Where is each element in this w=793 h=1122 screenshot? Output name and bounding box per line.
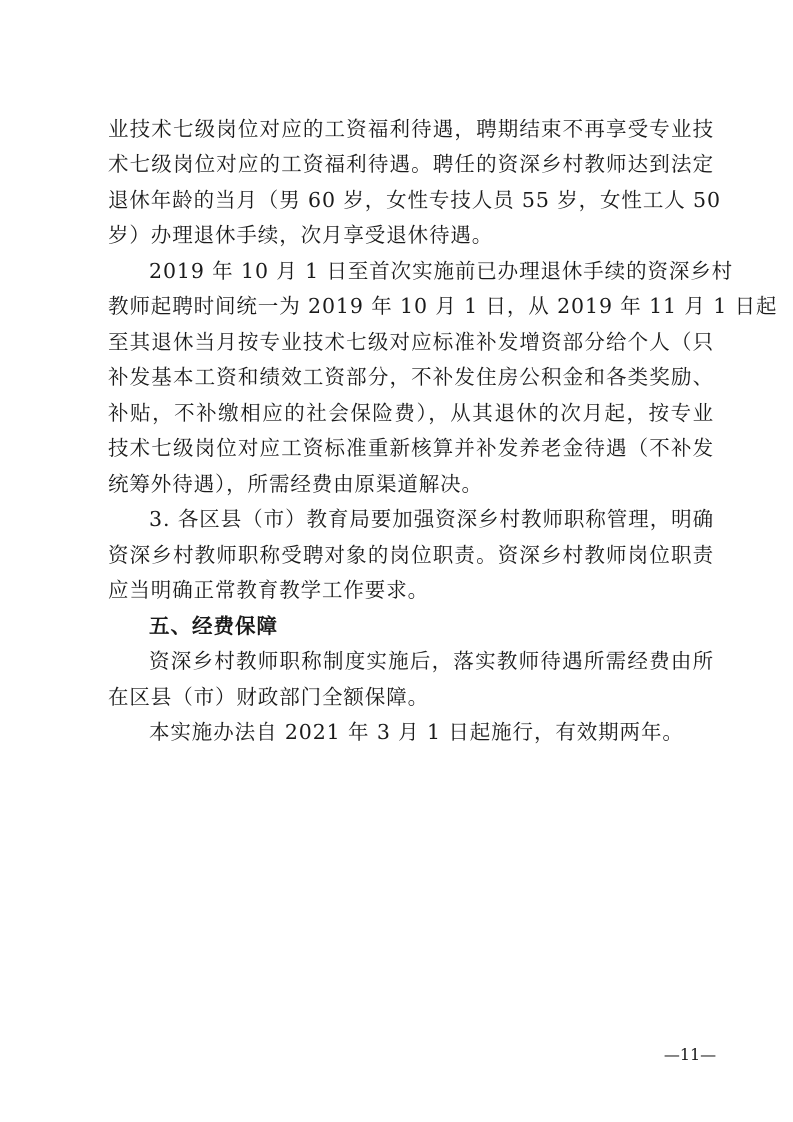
document-page: 业技术七级岗位对应的工资福利待遇，聘期结束不再享受专业技 术七级岗位对应的工资福… xyxy=(0,0,793,1122)
body-text-line: 退休年龄的当月（男 60 岁，女性专技人员 55 岁，女性工人 50 xyxy=(108,183,714,218)
body-text-line: 补贴，不补缴相应的社会保险费），从其退休的次月起，按专业 xyxy=(108,396,714,431)
page-number: —11— xyxy=(640,1045,740,1064)
paragraph-start-line: 3. 各区县（市）教育局要加强资深乡村教师职称管理，明确 xyxy=(149,502,714,537)
body-text-line: 业技术七级岗位对应的工资福利待遇，聘期结束不再享受专业技 xyxy=(108,112,714,147)
body-text-line: 技术七级岗位对应工资标准重新核算并补发养老金待遇（不补发 xyxy=(108,431,714,466)
paragraph-start-line: 资深乡村教师职称制度实施后，落实教师待遇所需经费由所 xyxy=(149,644,714,679)
body-text-line: 统筹外待遇），所需经费由原渠道解决。 xyxy=(108,467,714,502)
body-text-line: 岁）办理退休手续，次月享受退休待遇。 xyxy=(108,218,714,253)
body-text-line: 补发基本工资和绩效工资部分，不补发住房公积金和各类奖励、 xyxy=(108,360,714,395)
body-text-line: 在区县（市）财政部门全额保障。 xyxy=(108,680,714,715)
body-text-line: 教师起聘时间统一为 2019 年 10 月 1 日，从 2019 年 11 月 … xyxy=(108,289,714,324)
body-text-line: 应当明确正常教育教学工作要求。 xyxy=(108,573,714,608)
body-text-line: 资深乡村教师职称受聘对象的岗位职责。资深乡村教师岗位职责 xyxy=(108,538,714,573)
section-heading: 五、经费保障 xyxy=(149,609,714,644)
paragraph-start-line: 本实施办法自 2021 年 3 月 1 日起施行，有效期两年。 xyxy=(149,715,714,750)
body-text-line: 至其退休当月按专业技术七级对应标准补发增资部分给个人（只 xyxy=(108,325,714,360)
body-text-line: 术七级岗位对应的工资福利待遇。聘任的资深乡村教师达到法定 xyxy=(108,147,714,182)
paragraph-start-line: 2019 年 10 月 1 日至首次实施前已办理退休手续的资深乡村 xyxy=(149,254,714,289)
